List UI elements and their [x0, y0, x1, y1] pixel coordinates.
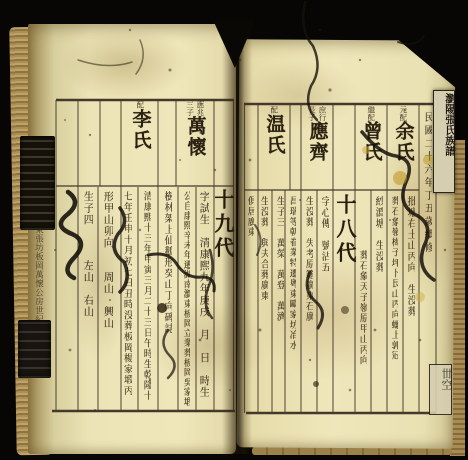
- first-wife-label: 元配: [399, 106, 407, 121]
- yushi-bio-col2: 葬石象嶺梅子坪卜艮山丙向螺上郭冠: [389, 196, 398, 410]
- zengshi-bio-col1: 紗潙塘 生没葬: [373, 196, 383, 408]
- lishi-bio-col1: 清康熙十三年甲寅三月二十三日午時生乾隆十: [141, 191, 151, 409]
- wanhuai-bio-col1: 字試生 清康熙九年庚戌 月 日 時生: [198, 191, 209, 409]
- entry-yushi-namebox: 元配 余氏: [388, 106, 418, 189]
- yushi-bio-col1: 批塘右土山丙向 生没葬: [405, 196, 415, 408]
- entry-yingqi-namebox: 庶行 長子 應齊: [302, 106, 332, 189]
- entry-yushi-name: 余氏: [394, 121, 413, 163]
- entry-zengshi-namebox: 繼配 曾氏: [356, 106, 386, 189]
- spouse-label: 配: [136, 101, 144, 109]
- lishi-bio-col2: 七年壬申十月初七日丑時没葬板岡楊家塅丙: [122, 191, 132, 409]
- eldest-son-label: 長子: [308, 106, 316, 121]
- entry-wenshi-name: 温氏: [265, 114, 284, 156]
- wanhuai-bio-col2: 公自康熙辛未年遷湖南瀏東板岡立業葬板岡吳家塅: [181, 191, 190, 409]
- son-rank-label: 三子: [186, 101, 194, 116]
- entry-wanhuai-namebox: 應兆 三子 萬懷: [177, 101, 213, 185]
- wanhuai-bio-col3: 樹林架上仙鵝形癸山丁向碑誌: [162, 191, 172, 409]
- entry-lishi-name: 李氏: [131, 109, 150, 151]
- book-photo: 卷完 瀏東張坊板岡萬懷公房世紀 二 十九代 應兆 三子 萬懷 字試生 清康熙九年…: [0, 0, 468, 460]
- yingqi-bio-col3: 昌瑞等朝眷業特遷粵東歐家坊冶水: [287, 196, 296, 410]
- entry-lishi-namebox: 配 李氏: [123, 101, 157, 185]
- wenshi-bio-col1: 生子三 萬榮 萬登 萬濟: [274, 196, 284, 408]
- branch-rank-label: 庶行: [319, 106, 327, 121]
- generation-label-19: 十九代: [212, 189, 232, 281]
- edition-note: 民國二十六年丁丑歲續修: [422, 112, 432, 402]
- second-wife-label: 繼配: [367, 106, 375, 121]
- entry-wanhuai-name: 萬懷: [186, 116, 205, 158]
- spine-label-bottom: [18, 320, 51, 378]
- yingqi-bio-col2: 生没葬 失考原籍廣東石廣: [303, 196, 313, 408]
- lishi-bio-col3: 形甲山卯向 周山 興山: [102, 191, 113, 409]
- zengshi-bio-col2: 葬石象天子嶺原甲山丙向: [357, 250, 367, 410]
- corner-page-label: 丗空: [429, 364, 452, 415]
- spouse-label: 配: [270, 106, 278, 114]
- lishi-bio-col4: 生子四 左山 右山: [82, 191, 93, 409]
- spine-label-top: [20, 136, 55, 230]
- wenshi-bio-col2: 生没葬 與夫合葬廣東: [258, 196, 268, 408]
- fore-edge-title-label: 瀏陽張氏族譜: [433, 90, 455, 193]
- yingqi-bio-col1: 字心傳 號沾五: [319, 196, 329, 408]
- generation-label-18: 十八代: [334, 194, 354, 286]
- entry-yingqi-name: 應齊: [308, 121, 327, 163]
- wenshi-bio-col3: 俱居廣東: [245, 196, 254, 408]
- father-label: 應兆: [197, 101, 205, 116]
- entry-zengshi-name: 曾氏: [362, 121, 381, 163]
- entry-wenshi-namebox: 配 温氏: [259, 106, 289, 189]
